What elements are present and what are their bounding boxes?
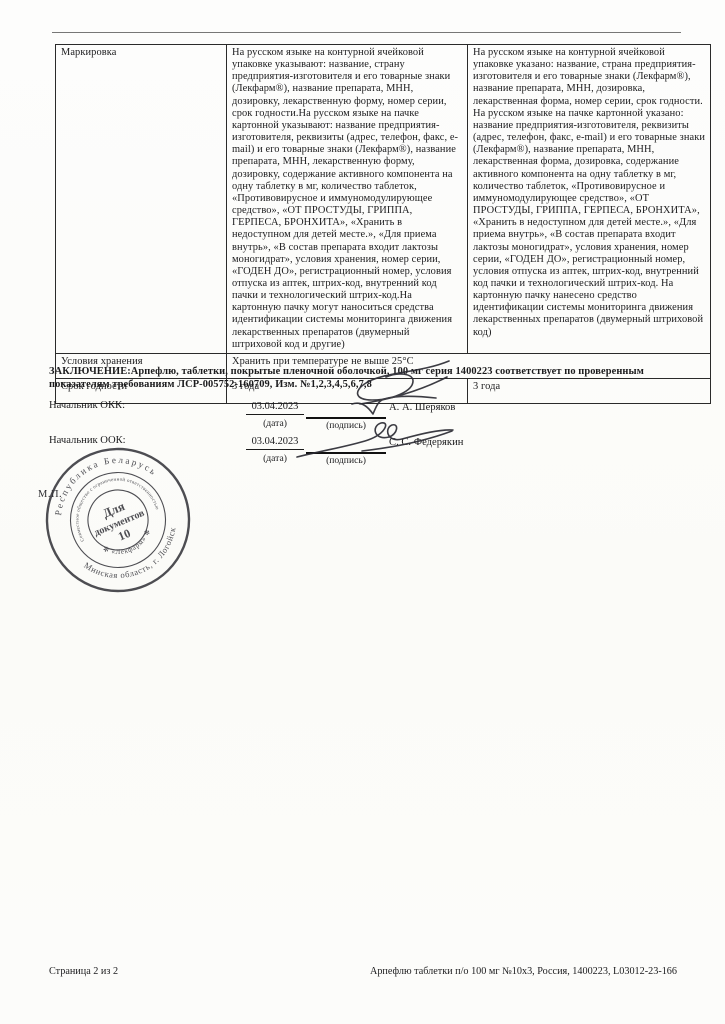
specification-table: Маркировка На русском языке на контурной… — [55, 44, 711, 404]
marking-row-label: Маркировка — [56, 45, 227, 354]
okk-date: 03.04.2023 — [246, 401, 304, 415]
ook-signature-caption: (подпись) — [306, 455, 386, 466]
ook-signature-line — [306, 438, 386, 454]
ook-date: 03.04.2023 — [246, 436, 304, 450]
okk-role-label: Начальник ОКК: — [49, 400, 125, 411]
page-number: Страница 2 из 2 — [49, 966, 118, 977]
okk-signature-caption: (подпись) — [306, 420, 386, 431]
marking-results-cell: На русском языке на контурной ячейковой … — [468, 45, 711, 354]
okk-date-caption: (дата) — [246, 418, 304, 429]
conclusion-statement: ЗАКЛЮЧЕНИЕ:Арпефлю, таблетки, покрытые п… — [49, 365, 681, 391]
marking-requirements-cell: На русском языке на контурной ячейковой … — [227, 45, 468, 354]
table-continuation-rule — [52, 32, 681, 33]
stamp-center-line3: 10 — [116, 526, 133, 544]
scanned-document-page: Маркировка На русском языке на контурной… — [0, 0, 725, 1024]
table-row-marking: Маркировка На русском языке на контурной… — [56, 45, 711, 354]
marking-results-paragraph-2: На русском языке на пачке картонной указ… — [473, 108, 705, 339]
okk-signatory-name: А. А. Шеряков — [389, 402, 455, 413]
company-round-stamp: Республика Беларусь Минская область, г. … — [42, 444, 194, 596]
okk-signature-line — [306, 403, 386, 419]
document-reference: Арпефлю таблетки п/о 100 мг №10х3, Росси… — [300, 966, 677, 977]
ook-date-caption: (дата) — [246, 453, 304, 464]
marking-results-paragraph-1: На русском языке на контурной ячейковой … — [473, 47, 705, 108]
ook-signatory-name: С. С. Федерякин — [389, 437, 463, 448]
